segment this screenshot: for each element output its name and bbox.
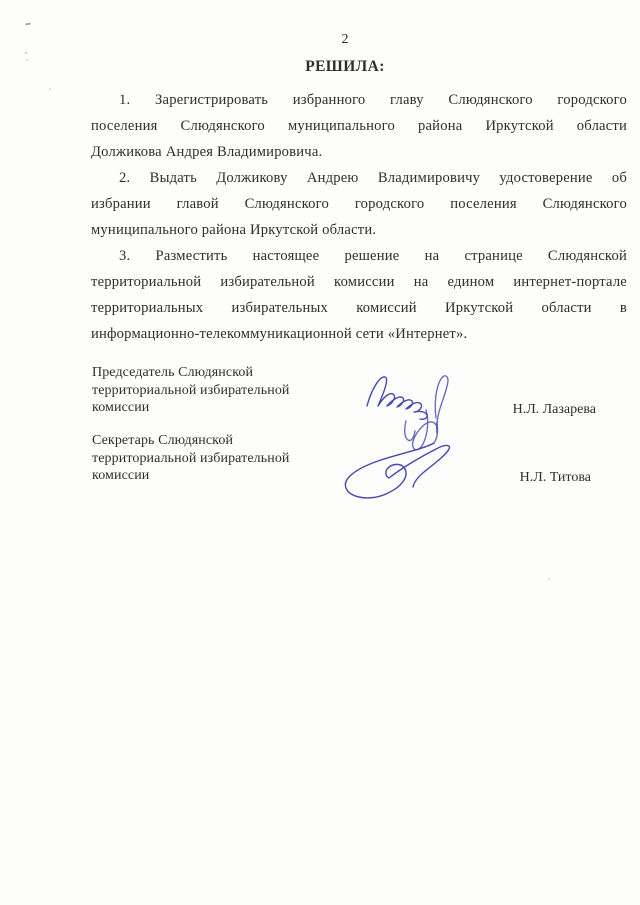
paragraph-line: 2. Выдать Должикову Андрею Владимировичу…	[91, 165, 627, 191]
resolution-body: 1. Зарегистрировать избранного главу Слю…	[91, 87, 627, 347]
scan-artifact	[25, 52, 27, 54]
signature-ink-area	[330, 360, 470, 510]
paragraph-line: территориальной избирательной комиссии н…	[91, 269, 627, 295]
scan-artifact	[26, 59, 28, 61]
resolution-heading: РЕШИЛА:	[77, 57, 613, 77]
scan-artifact	[49, 88, 51, 90]
signature-lazareva-ink	[367, 377, 427, 419]
scan-artifact	[25, 22, 31, 25]
paragraph-line: поселения Слюдянского муниципального рай…	[91, 113, 627, 139]
signature-lazareva-ink	[413, 376, 448, 450]
paragraph-3: 3. Разместить настоящее решение на стран…	[91, 243, 627, 347]
signature-titova-ink	[405, 421, 438, 443]
paragraph-line: информационно-телекоммуникационной сети …	[91, 321, 627, 347]
page-number: 2	[77, 31, 613, 49]
paragraph-1: 1. Зарегистрировать избранного главу Слю…	[91, 87, 627, 165]
paragraph-2: 2. Выдать Должикову Андрею Владимировичу…	[91, 165, 627, 243]
paragraph-line: Должикова Андрея Владимировича.	[91, 139, 627, 165]
document-page: 2 РЕШИЛА: 1. Зарегистрировать избранного…	[0, 0, 640, 905]
paragraph-line: территориальных избирательных комиссий И…	[91, 295, 627, 321]
paragraph-line: избрании главой Слюдянского городского п…	[91, 191, 627, 217]
paragraph-line: 3. Разместить настоящее решение на стран…	[91, 243, 627, 269]
signature-titova-ink	[345, 443, 449, 498]
scan-artifact	[548, 578, 550, 580]
paragraph-line: 1. Зарегистрировать избранного главу Слю…	[91, 87, 627, 113]
paragraph-line: муниципального района Иркутской области.	[91, 217, 627, 243]
